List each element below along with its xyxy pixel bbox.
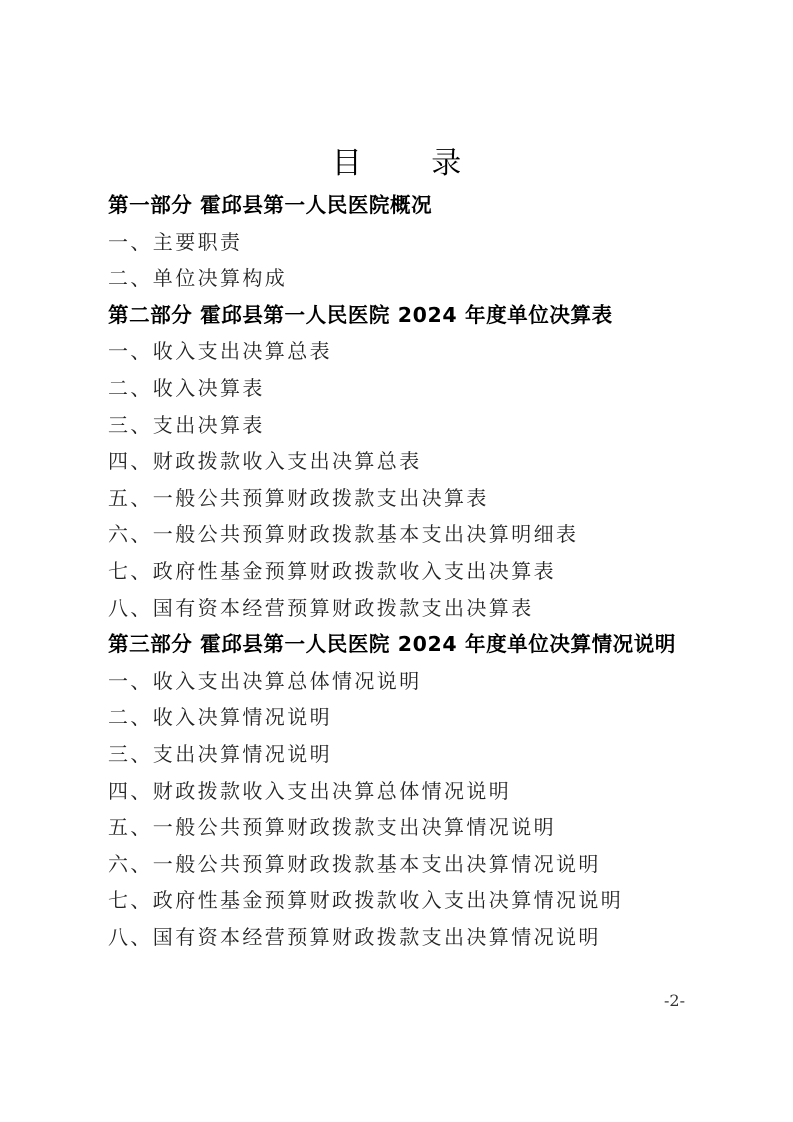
- toc-part-2-heading[interactable]: 第二部分 霍邱县第一人民医院 2024 年度单位决算表: [108, 297, 708, 334]
- page-number: -2-: [664, 991, 685, 1010]
- toc-item[interactable]: 七、政府性基金预算财政拨款收入支出决算情况说明: [108, 882, 708, 919]
- toc-item[interactable]: 一、收入支出决算总表: [108, 333, 708, 370]
- toc-item[interactable]: 二、收入决算表: [108, 370, 708, 407]
- toc-item[interactable]: 八、国有资本经营预算财政拨款支出决算表: [108, 590, 708, 627]
- toc-item[interactable]: 四、财政拨款收入支出决算总体情况说明: [108, 773, 708, 810]
- toc-item[interactable]: 二、单位决算构成: [108, 260, 708, 297]
- toc-item[interactable]: 五、一般公共预算财政拨款支出决算表: [108, 480, 708, 517]
- toc-item[interactable]: 三、支出决算情况说明: [108, 736, 708, 773]
- page-title: 目 录: [0, 146, 793, 182]
- toc-item[interactable]: 五、一般公共预算财政拨款支出决算情况说明: [108, 809, 708, 846]
- toc-item[interactable]: 二、收入决算情况说明: [108, 699, 708, 736]
- toc-part-1-heading[interactable]: 第一部分 霍邱县第一人民医院概况: [108, 187, 708, 224]
- toc-part-3-heading[interactable]: 第三部分 霍邱县第一人民医院 2024 年度单位决算情况说明: [108, 626, 708, 663]
- toc-item[interactable]: 六、一般公共预算财政拨款基本支出决算明细表: [108, 516, 708, 553]
- toc-item[interactable]: 三、支出决算表: [108, 407, 708, 444]
- toc-item[interactable]: 八、国有资本经营预算财政拨款支出决算情况说明: [108, 919, 708, 956]
- toc-item[interactable]: 一、主要职责: [108, 224, 708, 261]
- toc-item[interactable]: 七、政府性基金预算财政拨款收入支出决算表: [108, 553, 708, 590]
- toc-item[interactable]: 一、收入支出决算总体情况说明: [108, 663, 708, 700]
- toc-item[interactable]: 六、一般公共预算财政拨款基本支出决算情况说明: [108, 846, 708, 883]
- table-of-contents: 第一部分 霍邱县第一人民医院概况 一、主要职责 二、单位决算构成 第二部分 霍邱…: [108, 187, 708, 955]
- toc-item[interactable]: 四、财政拨款收入支出决算总表: [108, 443, 708, 480]
